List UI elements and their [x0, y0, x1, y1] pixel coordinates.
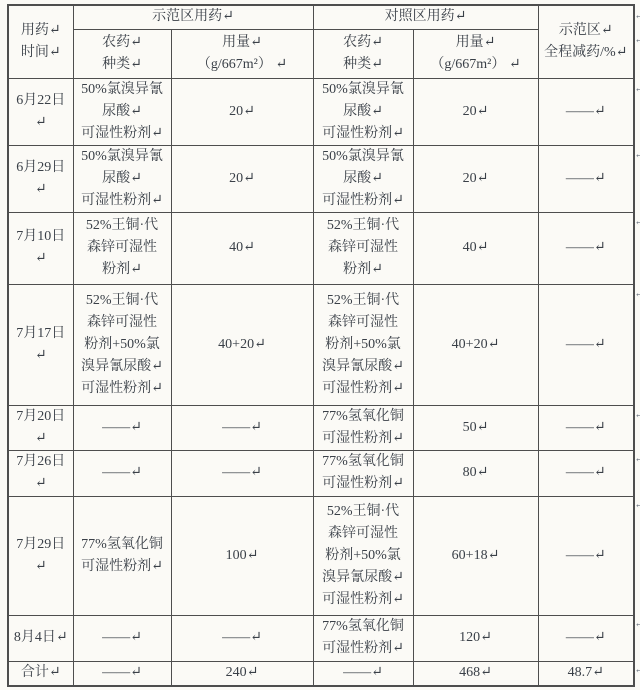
cell-demo-dose: ——↵	[171, 450, 313, 496]
cell-application-date: 7月26日↵	[8, 450, 73, 496]
header-control-dose: 用量↵ （g/667m²） ↵	[413, 29, 538, 78]
cell-reduction: ——↵	[538, 496, 634, 615]
cell-demo-dose: 40↵	[171, 212, 313, 284]
document-page: 用药↵ 时间↵ 示范区用药↵ 对照区用药↵ 示范区↵ 全程减药/%↵ 农药↵ 种…	[0, 0, 640, 690]
cell-control-pesticide: 50%氯溴异氰 尿酸↵ 可湿性粉剂↵	[313, 78, 413, 145]
header-reduction: 示范区↵ 全程减药/%↵	[538, 5, 634, 78]
cell-application-date: 6月22日↵	[8, 78, 73, 145]
cell-demo-pesticide: 50%氯溴异氰 尿酸↵ 可湿性粉剂↵	[73, 78, 171, 145]
cell-reduction: ——↵	[538, 405, 634, 450]
table-header-row-1: 用药↵ 时间↵ 示范区用药↵ 对照区用药↵ 示范区↵ 全程减药/%↵	[8, 5, 634, 29]
cell-reduction: ——↵	[538, 145, 634, 212]
paragraph-mark: ↵	[635, 619, 640, 629]
table-row: 7月29日↵ 77%氢氧化铜 可湿性粉剂↵ 100↵ 52%王铜·代 森锌可湿性…	[8, 496, 634, 615]
paragraph-mark: ↵	[635, 454, 640, 464]
table-row: 6月29日↵ 50%氯溴异氰 尿酸↵ 可湿性粉剂↵ 20↵ 50%氯溴异氰 尿酸…	[8, 145, 634, 212]
cell-control-pesticide: 50%氯溴异氰 尿酸↵ 可湿性粉剂↵	[313, 145, 413, 212]
cell-control-dose: 60+18↵	[413, 496, 538, 615]
table-row: 7月20日↵ ——↵ ——↵ 77%氢氧化铜 可湿性粉剂↵ 50↵ ——↵	[8, 405, 634, 450]
header-demo-pesticide-type: 农药↵ 种类↵	[73, 29, 171, 78]
cell-demo-pesticide: 52%王铜·代 森锌可湿性 粉剂↵	[73, 212, 171, 284]
cell-control-dose: 20↵	[413, 78, 538, 145]
cell-reduction: 48.7↵	[538, 661, 634, 686]
header-control-group: 对照区用药↵	[313, 5, 538, 29]
header-control-pesticide-type: 农药↵ 种类↵	[313, 29, 413, 78]
cell-demo-pesticide: 77%氢氧化铜 可湿性粉剂↵	[73, 496, 171, 615]
cell-demo-pesticide: ——↵	[73, 405, 171, 450]
cell-control-dose: 40↵	[413, 212, 538, 284]
cell-demo-pesticide: ——↵	[73, 661, 171, 686]
cell-control-pesticide: 52%王铜·代 森锌可湿性 粉剂+50%氯 溴异氰尿酸↵ 可湿性粉剂↵	[313, 496, 413, 615]
cell-control-dose: 20↵	[413, 145, 538, 212]
cell-demo-dose: ——↵	[171, 405, 313, 450]
cell-control-dose: 80↵	[413, 450, 538, 496]
cell-control-pesticide: 77%氢氧化铜 可湿性粉剂↵	[313, 615, 413, 661]
paragraph-mark: ↵	[635, 150, 640, 160]
paragraph-mark: ↵	[635, 11, 640, 21]
header-demo-group: 示范区用药↵	[73, 5, 313, 29]
cell-control-pesticide: 77%氢氧化铜 可湿性粉剂↵	[313, 405, 413, 450]
cell-reduction: ——↵	[538, 212, 634, 284]
cell-demo-pesticide: 50%氯溴异氰 尿酸↵ 可湿性粉剂↵	[73, 145, 171, 212]
cell-application-date: 8月4日↵	[8, 615, 73, 661]
cell-application-date: 7月20日↵	[8, 405, 73, 450]
cell-demo-pesticide: ——↵	[73, 450, 171, 496]
table-row: 7月26日↵ ——↵ ——↵ 77%氢氧化铜 可湿性粉剂↵ 80↵ ——↵	[8, 450, 634, 496]
paragraph-mark: ↵	[635, 410, 640, 420]
cell-reduction: ——↵	[538, 284, 634, 405]
cell-demo-pesticide: ——↵	[73, 615, 171, 661]
cell-control-pesticide: 77%氢氧化铜 可湿性粉剂↵	[313, 450, 413, 496]
header-application-time: 用药↵ 时间↵	[8, 5, 73, 78]
paragraph-mark: ↵	[635, 665, 640, 675]
paragraph-mark: ↵	[635, 289, 640, 299]
table-row: 7月10日↵ 52%王铜·代 森锌可湿性 粉剂↵ 40↵ 52%王铜·代 森锌可…	[8, 212, 634, 284]
cell-application-date: 7月17日↵	[8, 284, 73, 405]
cell-demo-dose: 100↵	[171, 496, 313, 615]
paragraph-mark: ↵	[635, 217, 640, 227]
cell-demo-dose: 40+20↵	[171, 284, 313, 405]
cell-demo-pesticide: 52%王铜·代 森锌可湿性 粉剂+50%氯 溴异氰尿酸↵ 可湿性粉剂↵	[73, 284, 171, 405]
cell-demo-dose: 20↵	[171, 78, 313, 145]
cell-total-label: 合计↵	[8, 661, 73, 686]
cell-demo-dose: 240↵	[171, 661, 313, 686]
table-row: 8月4日↵ ——↵ ——↵ 77%氢氧化铜 可湿性粉剂↵ 120↵ ——↵	[8, 615, 634, 661]
pesticide-usage-table: 用药↵ 时间↵ 示范区用药↵ 对照区用药↵ 示范区↵ 全程减药/%↵ 农药↵ 种…	[7, 4, 635, 687]
cell-application-date: 7月29日↵	[8, 496, 73, 615]
cell-demo-dose: ——↵	[171, 615, 313, 661]
cell-control-dose: 50↵	[413, 405, 538, 450]
cell-control-dose: 120↵	[413, 615, 538, 661]
cell-reduction: ——↵	[538, 78, 634, 145]
table-row-total: 合计↵ ——↵ 240↵ ——↵ 468↵ 48.7↵	[8, 661, 634, 686]
header-demo-dose: 用量↵ （g/667m²） ↵	[171, 29, 313, 78]
cell-control-dose: 468↵	[413, 661, 538, 686]
cell-control-pesticide: 52%王铜·代 森锌可湿性 粉剂↵	[313, 212, 413, 284]
cell-demo-dose: 20↵	[171, 145, 313, 212]
table-row: 6月22日↵ 50%氯溴异氰 尿酸↵ 可湿性粉剂↵ 20↵ 50%氯溴异氰 尿酸…	[8, 78, 634, 145]
paragraph-mark: ↵	[635, 84, 640, 94]
table-row: 7月17日↵ 52%王铜·代 森锌可湿性 粉剂+50%氯 溴异氰尿酸↵ 可湿性粉…	[8, 284, 634, 405]
cell-control-pesticide: ——↵	[313, 661, 413, 686]
cell-reduction: ——↵	[538, 615, 634, 661]
paragraph-mark: ↵	[635, 500, 640, 510]
paragraph-mark: ↵	[635, 35, 640, 45]
cell-control-dose: 40+20↵	[413, 284, 538, 405]
cell-control-pesticide: 52%王铜·代 森锌可湿性 粉剂+50%氯 溴异氰尿酸↵ 可湿性粉剂↵	[313, 284, 413, 405]
cell-application-date: 6月29日↵	[8, 145, 73, 212]
cell-application-date: 7月10日↵	[8, 212, 73, 284]
cell-reduction: ——↵	[538, 450, 634, 496]
